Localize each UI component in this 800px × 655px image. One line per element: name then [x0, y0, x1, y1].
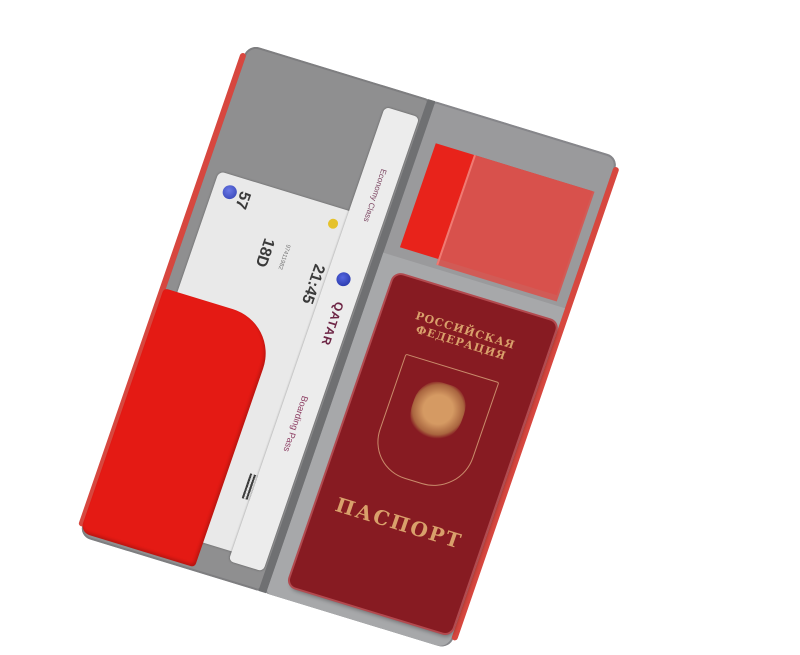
pass-logo-icon [335, 271, 353, 288]
pass-class: Economy Class [362, 168, 389, 223]
ticket-seat: 18D [251, 236, 278, 269]
alliance-logo-icon [327, 218, 340, 230]
passport-name: ПАСПОРТ [314, 487, 484, 559]
ticket-number: 97411982 [276, 244, 290, 271]
travel-wallet: 57 18D 97411982 21:45 34 Economy Class Q… [79, 44, 619, 649]
pass-label: Boarding Pass [282, 395, 311, 453]
coat-of-arms-frame [367, 354, 500, 496]
ticket-gate: 57 [230, 189, 253, 211]
product-photo: 57 18D 97411982 21:45 34 Economy Class Q… [0, 0, 800, 655]
pass-airline: QATAR [318, 300, 346, 348]
eagle-emblem-icon [403, 376, 472, 448]
